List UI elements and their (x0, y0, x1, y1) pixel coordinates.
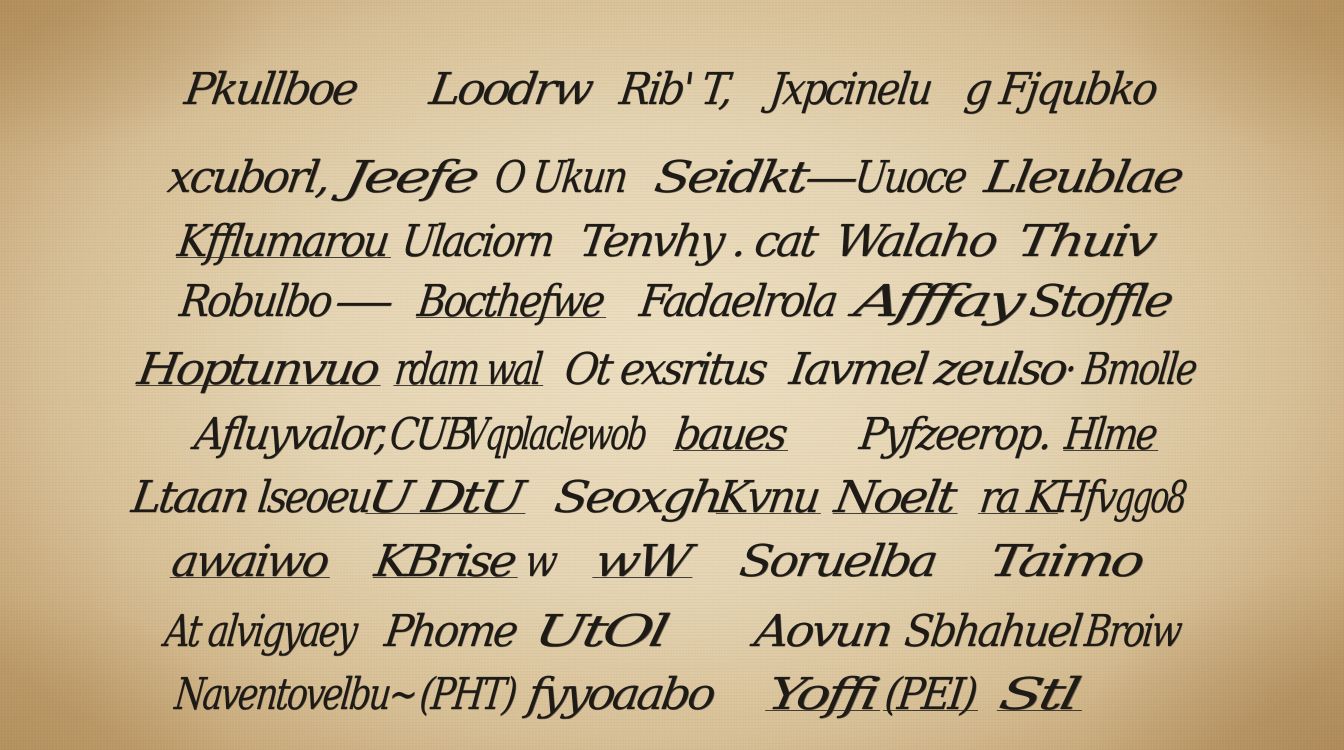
script-word: g Fjqubko (961, 60, 1159, 120)
script-word: Phome (381, 602, 519, 662)
script-word: Iavmel (786, 340, 930, 400)
script-word: w (521, 532, 558, 592)
script-word: Bocthefwe (414, 272, 606, 332)
script-word: (PHT) (417, 665, 519, 725)
script-word: Hlme (1061, 405, 1158, 465)
script-word: Afffay (849, 272, 1026, 332)
script-word: baues (671, 405, 789, 465)
script-line: Robulbo—BocthefweFadaelrolaAfffayStoffle (0, 272, 1344, 332)
script-word: Walaho (830, 212, 999, 272)
script-word: CUB (386, 405, 473, 465)
script-word: Loodrw (426, 60, 595, 120)
script-word: U DtU (363, 468, 526, 528)
script-word: ra K (976, 468, 1058, 528)
script-line: KfflumarouUlaciornTenvhy . catWalahoThui… (0, 212, 1344, 272)
script-word: Jxpcinelu (766, 60, 934, 120)
script-line: PkullboeLoodrwRib' T,Jxpcinelug Fjqubko (0, 60, 1344, 120)
script-line: Naventovelbu~(PHT)fyyoaaboYoffi(PEI)Stl (0, 665, 1344, 725)
script-word: Broiw (1082, 602, 1184, 662)
script-word: Aovun (750, 602, 894, 662)
script-line: At alvigyaeyPhomeUtOlAovunSbhahuelBroiw (0, 602, 1344, 662)
script-word: (PEI) (881, 665, 979, 725)
script-word: At alvigyaey (162, 602, 359, 662)
script-word: Rib' T, (616, 60, 734, 120)
script-word: Pyfzeerop. (856, 405, 1053, 465)
script-word: zeulso (931, 340, 1070, 400)
script-word: · Bmolle (1062, 340, 1199, 400)
script-word: fyyoaabo (524, 665, 717, 725)
script-word: xcuborl, (164, 148, 332, 208)
script-word: KBrise (371, 532, 518, 592)
script-word: Vqplaclewob (462, 405, 648, 465)
script-word: Robulbo (176, 272, 334, 332)
script-word: Kvnu (714, 468, 822, 528)
script-word: Tenvhy . cat (576, 212, 819, 272)
script-word: O Ukun (491, 148, 629, 208)
script-word: Fadaelrola (636, 272, 839, 332)
script-word: Stl (994, 665, 1082, 725)
script-word: Seidkt— (650, 148, 860, 208)
script-word: wW (590, 532, 693, 592)
script-line: xcuborl,JeefeO UkunSeidkt—UuoceLleublae (0, 148, 1344, 208)
script-word: lseoeu (254, 468, 373, 528)
script-word: Pkullboe (181, 60, 360, 120)
script-line: awaiwoKBrisewwWSoruelbaTaimo (0, 532, 1344, 592)
script-word: UtOl (529, 602, 671, 662)
script-word: Sbhahuel (901, 602, 1084, 662)
script-word: Jeefe (339, 148, 480, 208)
script-word: Uuoce (851, 148, 968, 208)
script-word: Yoffi (763, 665, 882, 725)
script-word: Ltaan (128, 468, 251, 528)
script-word: Kfflumarou (174, 212, 391, 272)
script-word: ggo8 (1112, 468, 1188, 528)
script-line: Hoptunvuordam walOt exsritusIavmelzeulso… (0, 340, 1344, 400)
script-word: Lleublae (980, 148, 1185, 208)
script-word: Stoffle (1025, 272, 1174, 332)
script-word: Soruelba (735, 532, 939, 592)
script-word: Ulaciorn (398, 212, 556, 272)
script-word: Naventovelbu~ (172, 665, 419, 725)
script-word: Hoptunvuo (133, 340, 381, 400)
script-line: Afluyvalor,CUBVqplaclewobbauesPyfzeerop.… (0, 405, 1344, 465)
script-word: awaiwo (168, 532, 331, 592)
script-word: rdam wal (392, 340, 544, 400)
script-word: — (329, 272, 395, 332)
script-word: Taimo (985, 532, 1146, 592)
script-word: Thuiv (1013, 212, 1158, 272)
script-word: Hfv (1051, 468, 1118, 528)
script-word: Noelt (830, 468, 957, 528)
script-word: Afluyvalor, (191, 405, 389, 465)
script-word: Ot exsritus (561, 340, 769, 400)
script-word: Seoxgh (550, 468, 725, 528)
script-line: LtaanlseoeuU DtUSeoxghKvnuNoeltra KHfvgg… (0, 468, 1344, 528)
